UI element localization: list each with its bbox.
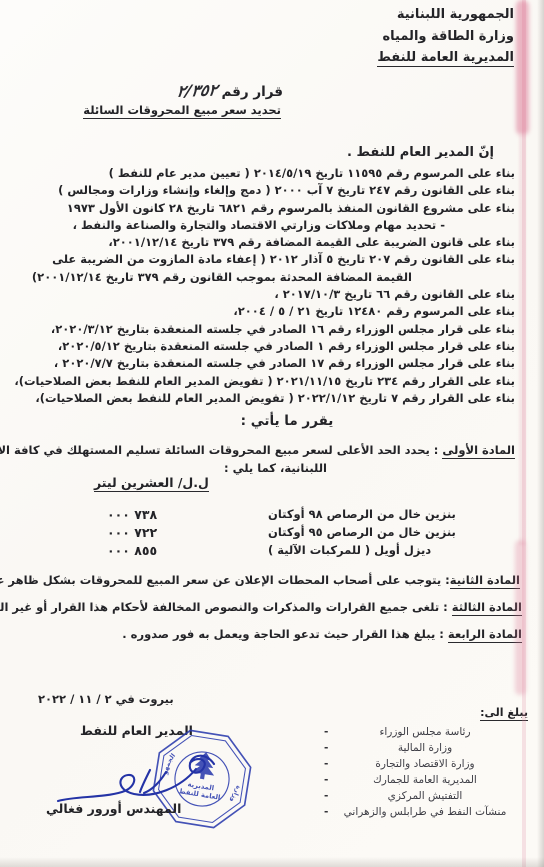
scan-edge-shadow-bottom bbox=[0, 857, 544, 867]
dash-bullet-icon: - bbox=[324, 789, 328, 804]
article-two: المادة الثانية: يتوجب على أصحاب المحطات … bbox=[0, 573, 520, 587]
scan-pink-smudge-top bbox=[516, 0, 529, 135]
price-unit-header: ل.ل/ العشرين ليتر bbox=[94, 475, 209, 492]
recital-item: بناء على المرسوم رقم ١٢٤٨٠ تاريخ ٢١ / ٥ … bbox=[28, 303, 515, 320]
article-one: المادة الأولى : يحدد الحد الأعلى لسعر مب… bbox=[0, 443, 515, 457]
fuel-label: ديزل أويل ( للمركبات الآلية ) bbox=[268, 543, 431, 557]
recital-item: بناء على القرار رقم ٧ تاريخ ٢٠٢٢/١/١٢ ( … bbox=[28, 390, 515, 407]
article-three: المادة الثالثة : تلغى جميع القرارات والم… bbox=[0, 600, 522, 614]
fuel-label: بنزين خال من الرصاص ٩٥ أوكتان bbox=[268, 525, 456, 539]
scan-pink-faint bbox=[519, 135, 526, 545]
signer-name: المهندس أورور فغالي bbox=[46, 801, 181, 816]
dash-bullet-icon: - bbox=[324, 773, 328, 788]
article-two-label: المادة الثانية bbox=[450, 573, 520, 589]
article-one-continuation: اللبنانية، كما يلي : bbox=[224, 461, 327, 475]
dash-bullet-icon: - bbox=[324, 757, 328, 772]
cc-item: -وزارة المالية bbox=[322, 741, 528, 757]
decision-number-handwritten: ٢/٣٥٢ bbox=[175, 80, 218, 100]
recital-item: بناء على قرار مجلس الوزراء رقم ١٧ الصادر… bbox=[28, 355, 515, 372]
article-four-text: : يبلغ هذا القرار حيث تدعو الحاجة ويعمل … bbox=[122, 627, 448, 641]
date-line: بيروت في ٢ / ١١ / ٢٠٢٢ bbox=[38, 692, 174, 706]
article-four: المادة الرابعة : يبلغ هذا القرار حيث تدع… bbox=[122, 627, 522, 641]
scanned-decree-page: الجمهورية اللبنانية وزارة الطاقة والمياه… bbox=[0, 0, 544, 867]
article-three-text: : تلغى جميع القرارات والمذكرات والنصوص ا… bbox=[0, 600, 452, 614]
decision-number-label: قرار رقم bbox=[221, 84, 283, 100]
price-row: ديزل أويل ( للمركبات الآلية ) ٨٥٥ ٠٠٠ bbox=[102, 543, 482, 561]
letterhead-ministry: وزارة الطاقة والمياه bbox=[377, 26, 514, 48]
recitals: بناء على المرسوم رقم ١١٥٩٥ تاريخ ٢٠١٤/٥/… bbox=[28, 165, 515, 407]
recital-item: بناء على القانون رقم ٦٦ تاريخ ٢٠١٧/١٠/٣ … bbox=[28, 286, 515, 303]
article-one-text: : يحدد الحد الأعلى لسعر مبيع المحروقات ا… bbox=[0, 443, 442, 457]
recital-item: بناء على القانون رقم ٢٤٧ تاريخ ٧ آب ٢٠٠٠… bbox=[28, 182, 515, 199]
cc-item: -المديرية العامة للجمارك bbox=[322, 773, 528, 789]
price-table: بنزين خال من الرصاص ٩٨ أوكتان ٧٣٨ ٠٠٠ بن… bbox=[102, 507, 482, 562]
cc-item-label: منشآت النفط في طرابلس والزهراني bbox=[344, 806, 507, 818]
cc-item: -منشآت النفط في طرابلس والزهراني bbox=[322, 805, 528, 821]
recital-item: بناء على قرار مجلس الوزراء رقم ١٦ الصادر… bbox=[28, 321, 515, 338]
cc-item-label: التفتيش المركزي bbox=[388, 790, 463, 802]
dash-bullet-icon: - bbox=[324, 805, 328, 820]
fuel-price: ٨٥٥ ٠٠٠ bbox=[107, 543, 157, 558]
fuel-label: بنزين خال من الرصاص ٩٨ أوكتان bbox=[268, 507, 456, 521]
article-two-text: : يتوجب على أصحاب المحطات الإعلان عن سعر… bbox=[0, 573, 450, 587]
decision-subject: تحديد سعر مبيع المحروقات السائلة bbox=[83, 103, 281, 119]
cc-item-label: رئاسة مجلس الوزراء bbox=[379, 726, 470, 738]
signature bbox=[46, 748, 228, 806]
recital-item: بناء على قرار مجلس الوزراء رقم ١ الصادر … bbox=[28, 338, 515, 355]
price-row: بنزين خال من الرصاص ٩٥ أوكتان ٧٢٢ ٠٠٠ bbox=[102, 525, 482, 543]
letterhead: الجمهورية اللبنانية وزارة الطاقة والمياه… bbox=[377, 4, 514, 69]
cc-item-label: وزارة الاقتصاد والتجارة bbox=[375, 758, 474, 770]
recital-item: بناء على المرسوم رقم ١١٥٩٥ تاريخ ٢٠١٤/٥/… bbox=[28, 165, 515, 182]
scan-edge-shadow-right bbox=[537, 0, 544, 867]
intro-line: إنّ المدير العام للنفط . bbox=[347, 145, 494, 160]
recital-item: - تحديد مهام وملاكات وزارتي الاقتصاد وال… bbox=[28, 217, 515, 234]
dash-bullet-icon: - bbox=[324, 741, 328, 756]
article-three-label: المادة الثالثة bbox=[452, 600, 522, 616]
recital-item: بناء على مشروع القانون المنفذ بالمرسوم ر… bbox=[28, 200, 515, 217]
cc-item-label: وزارة المالية bbox=[398, 742, 452, 754]
cc-item: -التفتيش المركزي bbox=[322, 789, 528, 805]
cc-list: -رئاسة مجلس الوزراء -وزارة المالية -وزار… bbox=[322, 725, 528, 821]
scan-pink-smudge-mid bbox=[515, 540, 526, 695]
cc-heading: يبلغ الى: bbox=[480, 706, 528, 721]
fuel-price: ٧٣٨ ٠٠٠ bbox=[107, 507, 157, 522]
cc-item: -رئاسة مجلس الوزراء bbox=[322, 725, 528, 741]
article-four-label: المادة الرابعة bbox=[448, 627, 522, 643]
letterhead-directorate: المديرية العامة للنفط bbox=[377, 50, 514, 67]
decision-number-line: قرار رقم ٢/٣٥٢ bbox=[175, 81, 283, 100]
article-one-label: المادة الأولى bbox=[442, 443, 515, 459]
fuel-price: ٧٢٢ ٠٠٠ bbox=[107, 525, 157, 540]
cc-item: -وزارة الاقتصاد والتجارة bbox=[322, 757, 528, 773]
recital-item: بناء على القانون رقم ٢٠٧ تاريخ ٥ آذار ٢٠… bbox=[28, 251, 515, 268]
price-row: بنزين خال من الرصاص ٩٨ أوكتان ٧٣٨ ٠٠٠ bbox=[102, 507, 482, 525]
resolution-heading: يقرر ما يأتي : bbox=[30, 413, 544, 429]
recital-item: بناء على القرار رقم ٢٣٤ تاريخ ٢٠٢١/١١/١٥… bbox=[28, 373, 515, 390]
recital-item: القيمة المضافة المحدثة بموجب القانون رقم… bbox=[28, 269, 515, 286]
dash-bullet-icon: - bbox=[324, 725, 328, 740]
cc-item-label: المديرية العامة للجمارك bbox=[373, 774, 477, 786]
letterhead-republic: الجمهورية اللبنانية bbox=[377, 4, 514, 26]
recital-item: بناء على قانون الضريبة على القيمة المضاف… bbox=[28, 234, 515, 251]
